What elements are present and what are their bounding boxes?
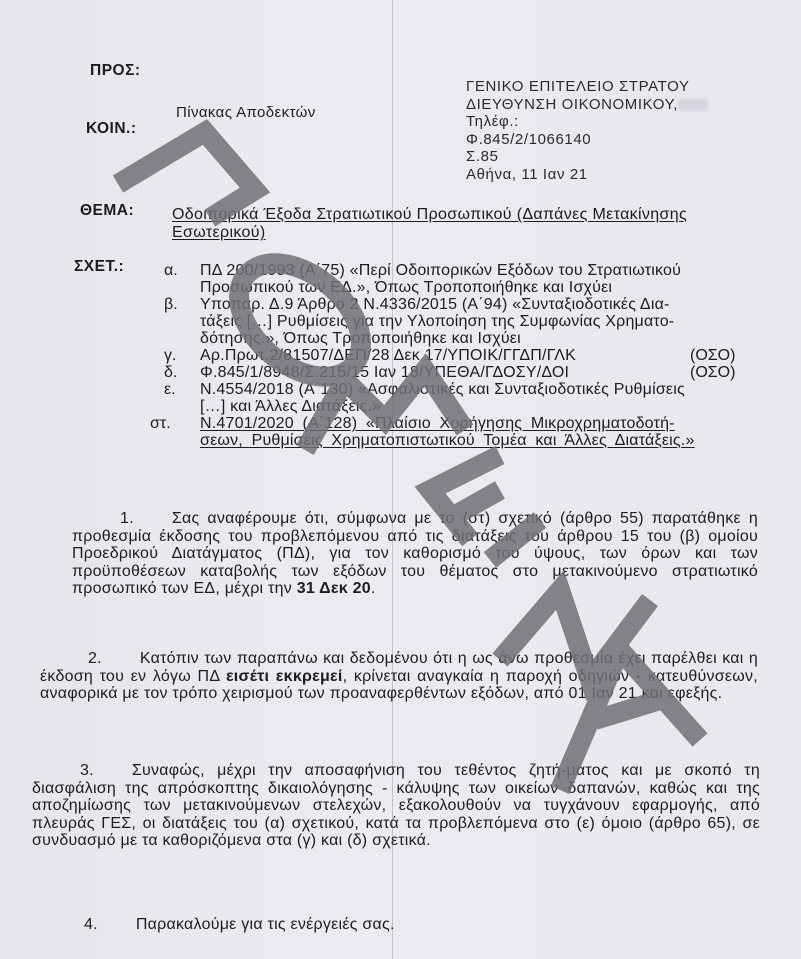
- to-label: ΠΡΟΣ:: [90, 62, 141, 80]
- references-list: α.ΠΔ 200/1993 (Α΄75) «Περί Οδοιπορικών Ε…: [158, 262, 758, 502]
- paragraph-4: 4.Παρακαλούμε για τις ενέργειές σας.: [84, 916, 684, 934]
- document-page: ΠΡΟΣ: ΚΟΙΝ.: Πίνακας Αποδεκτών ΓΕΝΙΚΟ ΕΠ…: [0, 0, 801, 959]
- reference-text: Αρ.Πρωτ.2/81507/ΔΕΠ/28 Δεκ 17/ΥΠΟΙΚ/ΓΓΔΠ…: [200, 347, 770, 364]
- sender-block: ΓΕΝΙΚΟ ΕΠΙΤΕΛΕΙΟ ΣΤΡΑΤΟΥ ΔΙΕΥΘΥΝΣΗ ΟΙΚΟΝ…: [466, 78, 708, 183]
- sigma-number: Σ.85: [466, 148, 708, 166]
- paragraph-3: 3.Συναφώς, μέχρι την αποσαφήνιση του τεθ…: [32, 762, 760, 850]
- paragraph-number: 2.: [88, 650, 102, 667]
- subject-label: ΘΕΜΑ:: [80, 202, 134, 220]
- paragraph-2: 2.Κατόπιν των παραπάνω και δεδομένου ότι…: [40, 650, 758, 703]
- reference-classification-tag: (ΟΣΟ): [690, 347, 735, 365]
- reference-letter: β.: [164, 296, 178, 314]
- redacted-mark: [678, 99, 708, 111]
- reference-text: Υποπαρ. Δ.9 Άρθρο 2 Ν.4336/2015 (Α΄94) «…: [200, 296, 770, 347]
- cc-label: ΚΟΙΝ.:: [86, 120, 137, 138]
- reference-text: ΠΔ 200/1993 (Α΄75) «Περί Οδοιπορικών Εξό…: [200, 262, 770, 296]
- paragraph-number: 1.: [120, 510, 134, 527]
- references-label: ΣΧΕΤ.:: [74, 258, 124, 276]
- subject-line-1: Οδοιπορικά Έξοδα Στρατιωτικού Προσωπικού…: [172, 206, 687, 224]
- paragraph-number: 4.: [84, 916, 98, 933]
- reference-letter: γ.: [164, 347, 176, 365]
- paragraph-1: 1.Σας αναφέρουμε ότι, σύμφωνα με το (στ)…: [72, 510, 758, 598]
- emphasis-text: 31 Δεκ 20: [297, 580, 371, 597]
- phone-line: Τηλέφ.:: [466, 113, 708, 131]
- reference-letter: στ.: [150, 415, 171, 433]
- emphasis-text: εισέτι εκκρεμεί: [226, 668, 343, 685]
- sender-line-2: ΔΙΕΥΘΥΝΣΗ ΟΙΚΟΝΟΜΙΚΟΥ,: [466, 96, 708, 114]
- paragraph-number: 3.: [80, 762, 94, 779]
- subject-line-2: Εσωτερικού): [172, 224, 266, 242]
- recipients-table: Πίνακας Αποδεκτών: [176, 104, 316, 122]
- reference-text: Φ.845/1/8948/Σ.215/15 Ιαν 18/ΥΠΕΘΑ/ΓΔΟΣΥ…: [200, 364, 770, 381]
- reference-text: Ν.4701/2020 (Α΄128) «Πλαίσιο Χορήγησης Μ…: [200, 415, 770, 449]
- reference-letter: ε.: [164, 381, 176, 399]
- reference-classification-tag: (ΟΣΟ): [690, 364, 735, 382]
- reference-text: Ν.4554/2018 (Α΄130) «Ασφαλιστικές και Συ…: [200, 381, 770, 415]
- sender-line-1: ΓΕΝΙΚΟ ΕΠΙΤΕΛΕΙΟ ΣΤΡΑΤΟΥ: [466, 78, 708, 96]
- place-date: Αθήνα, 11 Ιαν 21: [466, 166, 708, 184]
- file-number: Φ.845/2/1066140: [466, 131, 708, 149]
- reference-letter: α.: [164, 262, 178, 280]
- reference-letter: δ.: [164, 364, 177, 382]
